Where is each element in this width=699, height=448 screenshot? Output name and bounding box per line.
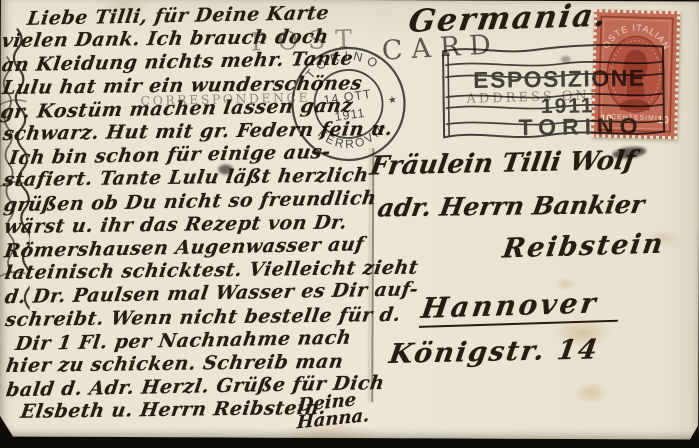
postmark-date: 14 OTT xyxy=(323,87,373,107)
flag-cancellation: ESPOSIZIONE 1911 TORINO xyxy=(437,39,670,144)
address-surname: Reibstein xyxy=(501,228,667,264)
address-care-of: adr. Herrn Bankier xyxy=(376,190,647,223)
postmark-town: TORINO xyxy=(301,44,386,83)
annotation-germania: Germania. xyxy=(406,0,610,40)
address-city: Hannover xyxy=(419,286,623,325)
address-street: Königstr. 14 xyxy=(387,334,601,370)
scan-corner-shadow xyxy=(690,425,698,439)
address-city-text: Hannover xyxy=(419,286,623,328)
circular-postmark: TORINO FERROVIA 14 OTT 1911 ★ xyxy=(281,36,416,171)
flag-cancel-line1: ESPOSIZIONE xyxy=(473,65,646,93)
postmark-star-icon: ★ xyxy=(387,94,397,106)
flag-cancel-line3: TORINO xyxy=(518,113,643,141)
postmark-year: 1911 xyxy=(334,106,366,124)
ink-smudge xyxy=(218,164,233,174)
scanned-postcard-photo: Liebe Tilli, für Deine Karte vielen Dank… xyxy=(0,0,699,448)
postcard-back: Liebe Tilli, für Deine Karte vielen Dank… xyxy=(0,0,699,440)
svg-text:TORINO: TORINO xyxy=(301,44,386,83)
signature: Deine Hanna. xyxy=(296,387,401,432)
